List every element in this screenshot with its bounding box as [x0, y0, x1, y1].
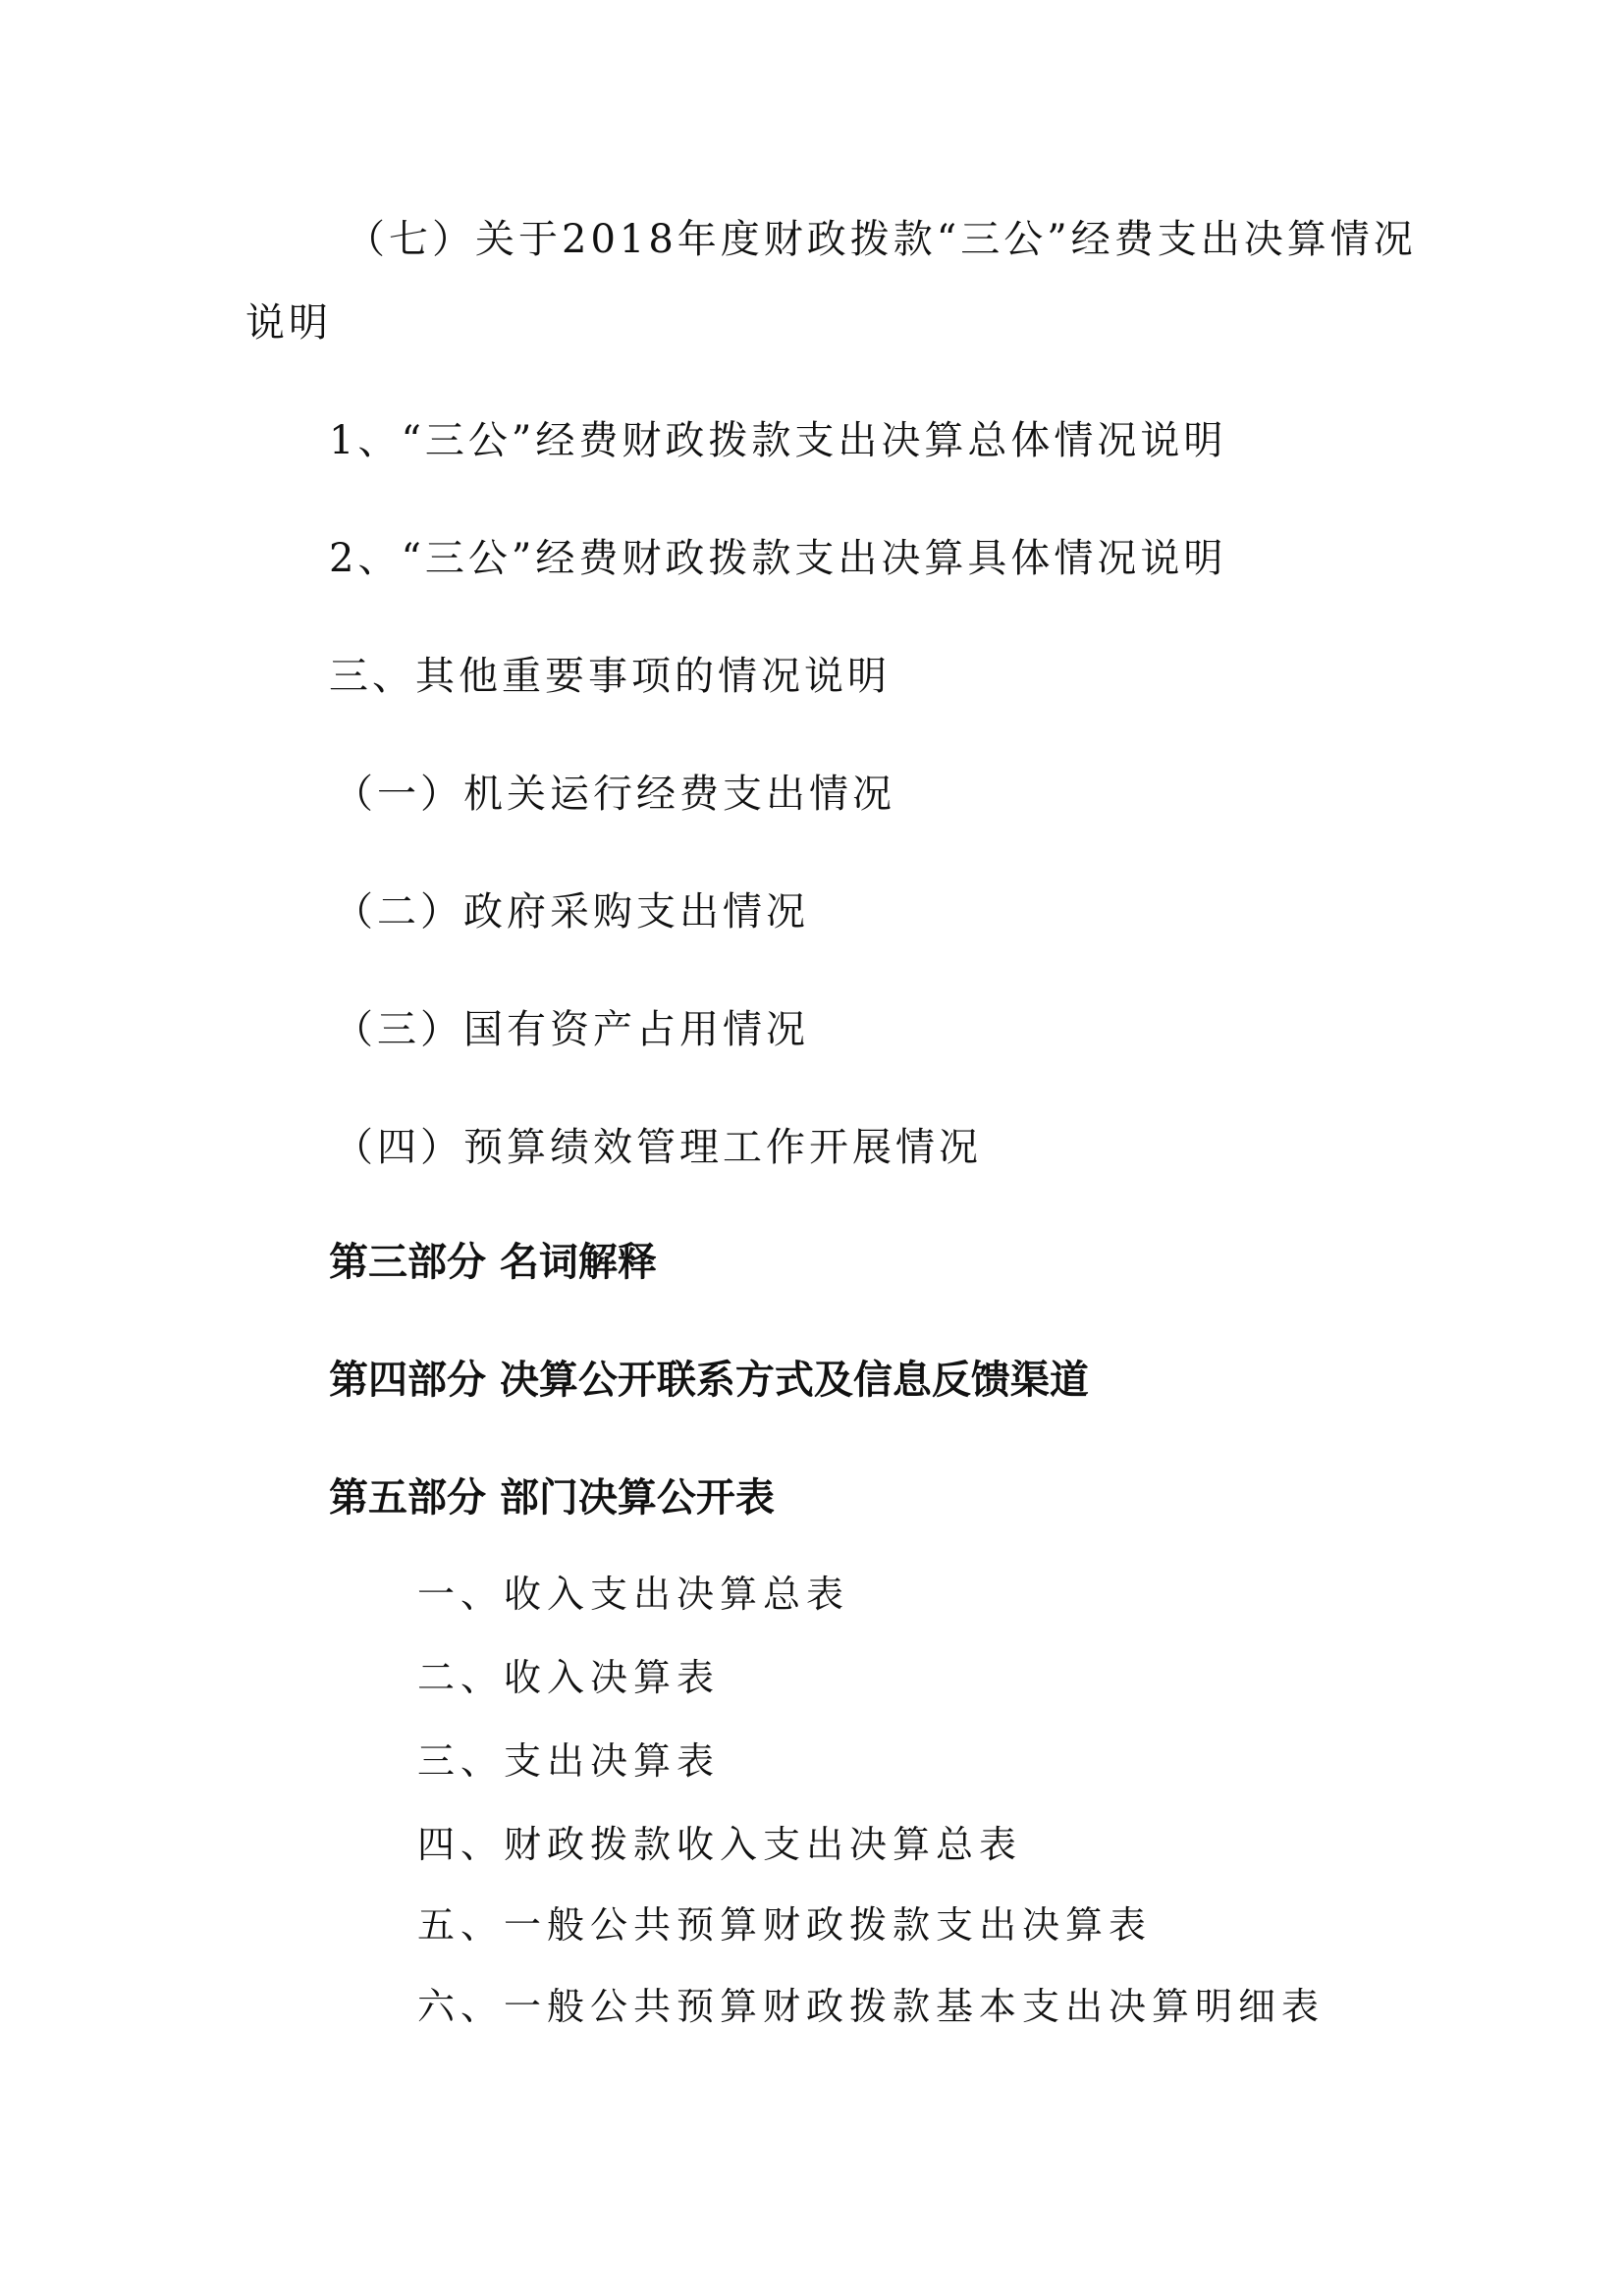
other-matters-heading: 三、其他重要事项的情况说明: [329, 653, 891, 700]
table-item-3: 三、支出决算表: [417, 1737, 720, 1785]
toc-item-sangong-overall: 1、“三公”经费财政拨款支出决算总体情况说明: [329, 417, 1226, 464]
table-item-1: 一、收入支出决算总表: [417, 1571, 849, 1618]
table-item-2: 二、收入决算表: [417, 1654, 720, 1701]
toc-item-sangong-detail: 2、“三公”经费财政拨款支出决算具体情况说明: [329, 535, 1226, 582]
toc-item-state-assets: （三）国有资产占用情况: [334, 1006, 809, 1053]
section-7-title: （七）关于2018年度财政拨款“三公”经费支出决算情况: [346, 216, 1417, 263]
table-item-4: 四、财政拨款收入支出决算总表: [417, 1821, 1022, 1868]
toc-item-procurement: （二）政府采购支出情况: [334, 888, 809, 935]
table-item-5: 五、一般公共预算财政拨款支出决算表: [417, 1901, 1152, 1949]
toc-item-performance: （四）预算绩效管理工作开展情况: [334, 1124, 982, 1171]
table-item-6: 六、一般公共预算财政拨款基本支出决算明细表: [417, 1983, 1325, 2030]
toc-item-operating-costs: （一）机关运行经费支出情况: [334, 771, 895, 818]
part-5-heading: 第五部分 部门决算公开表: [329, 1474, 775, 1522]
section-7-title-cont: 说明: [245, 299, 332, 347]
part-3-heading: 第三部分 名词解释: [329, 1239, 657, 1286]
part-4-heading: 第四部分 决算公开联系方式及信息反馈渠道: [329, 1357, 1089, 1404]
